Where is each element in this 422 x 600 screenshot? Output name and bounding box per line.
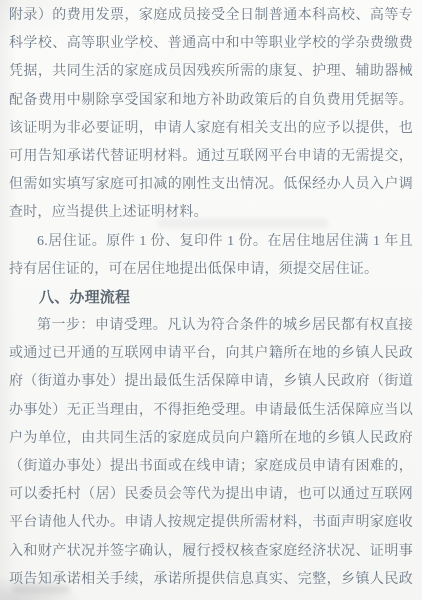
text-line: 附录）的费用发票，家庭成员接受全日制普通本科高校、高等专 (9, 2, 413, 30)
text-line: 查时，应当提供上述证明材料。 (9, 199, 413, 227)
text-line: 办事处）无正当理由，不得拒绝受理。申请最低生活保障应当以 (9, 397, 413, 425)
text-line: 可用告知承诺代替证明材料。通过互联网平台申请的无需提交， (9, 143, 413, 171)
text-line: 或通过已开通的互联网申请平台，向其户籍所在地的乡镇人民政 (9, 340, 413, 368)
text-line: 配备费用中剔除享受国家和地方补助政策后的自负费用凭据等。 (9, 87, 413, 115)
text-line: 第一步：申请受理。凡认为符合条件的城乡居民都有权直接 (9, 312, 413, 340)
text-line: 项告知承诺相关手续，承诺所提供信息真实、完整，乡镇人民政 (9, 566, 413, 594)
text-line: 户为单位，由共同生活的家庭成员向户籍所在地的乡镇人民政府 (9, 425, 413, 453)
text-line: 入和财产状况并签字确认，履行授权核查家庭经济状况、证明事 (9, 538, 413, 566)
text-line: 府（街道办事处）提出最低生活保障申请，乡镇人民政府（街道 (9, 368, 413, 396)
text-line: 凭据，共同生活的家庭成员因残疾所需的康复、护理、辅助器械 (9, 58, 413, 86)
text-line: 但需如实填写家庭可扣减的刚性支出情况。低保经办人员入户调 (9, 171, 413, 199)
text-line: 可以委托村（居）民委员会等代为提出申请，也可以通过互联网 (9, 481, 413, 509)
text-line: 该证明为非必要证明，申请人家庭有相关支出的应予以提供，也 (9, 115, 413, 143)
text-line: （街道办事处）提出书面或在线申请；家庭成员申请有困难的， (9, 453, 413, 481)
text-line: 八、办理流程 (9, 284, 413, 312)
document-text-block: 附录）的费用发票，家庭成员接受全日制普通本科高校、高等专 科学校、高等职业学校、… (9, 2, 413, 594)
text-line: 科学校、高等职业学校、普通高中和中等职业学校的学杂费缴费 (9, 30, 413, 58)
document-page: 附录）的费用发票，家庭成员接受全日制普通本科高校、高等专 科学校、高等职业学校、… (0, 0, 422, 600)
text-line: 持有居住证的，可在居住地提出低保申请，须提交居住证。 (9, 256, 413, 284)
text-line: 平台请他人代办。申请人按规定提供所需材料，书面声明家庭收 (9, 509, 413, 537)
text-line: 6.居住证。原件 1 份、复印件 1 份。在居住地居住满 1 年且 (9, 228, 413, 256)
